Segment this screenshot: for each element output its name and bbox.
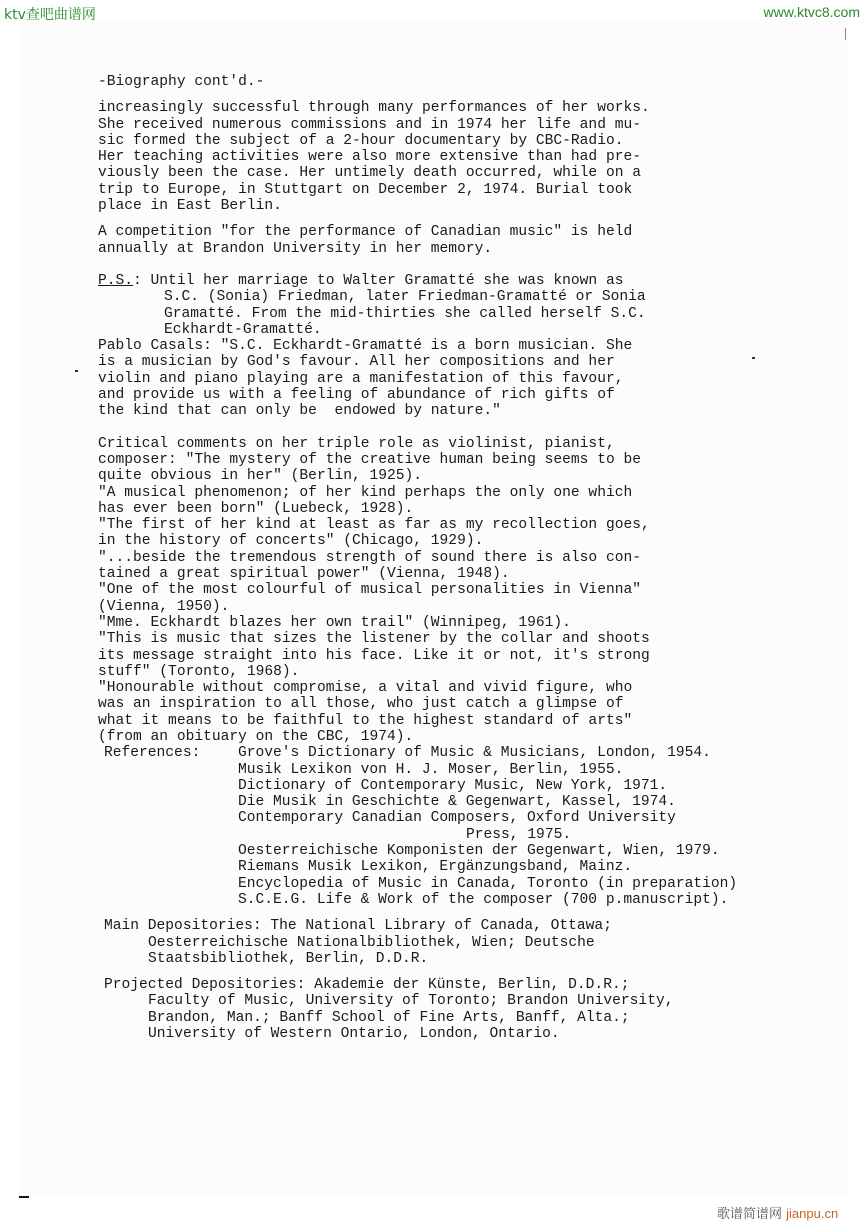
reference-item: Riemans Musik Lexikon, Ergänzungsband, M… (238, 859, 848, 875)
watermark-bottom-en: jianpu.cn (786, 1206, 838, 1221)
text-line: composer: "The mystery of the creative h… (98, 452, 848, 468)
text-line: has ever been born" (Luebeck, 1928). (98, 501, 848, 517)
text-line: A competition "for the performance of Ca… (98, 224, 848, 240)
ps-label: P.S. (98, 273, 133, 289)
reference-item: Contemporary Canadian Composers, Oxford … (238, 810, 848, 826)
text-line: viously been the case. Her untimely deat… (98, 165, 848, 181)
text-line: sic formed the subject of a 2-hour docum… (98, 133, 848, 149)
text-line: was an inspiration to all those, who jus… (98, 696, 848, 712)
scan-speck (752, 357, 755, 359)
text-line: "One of the most colourful of musical pe… (98, 582, 848, 598)
scan-speck (75, 370, 78, 372)
text-line: Projected Depositories: Akademie der Kün… (104, 977, 848, 993)
text-line: violin and piano playing are a manifesta… (98, 371, 848, 387)
text-line: University of Western Ontario, London, O… (104, 1026, 848, 1042)
critical-comments: Critical comments on her triple role as … (98, 436, 848, 746)
text-line: "...beside the tremendous strength of so… (98, 550, 848, 566)
text-line: Critical comments on her triple role as … (98, 436, 848, 452)
text-line: Gramatté. From the mid-thirties she call… (98, 306, 848, 322)
casals-quote: Pablo Casals: "S.C. Eckhardt-Gramatté is… (98, 338, 848, 419)
scan-mark (19, 1196, 29, 1198)
reference-item: Grove's Dictionary of Music & Musicians,… (238, 745, 848, 761)
text-line: place in East Berlin. (98, 198, 848, 214)
text-line: in the history of concerts" (Chicago, 19… (98, 533, 848, 549)
reference-item: Die Musik in Geschichte & Gegenwart, Kas… (238, 794, 848, 810)
text-line: Her teaching activities were also more e… (98, 149, 848, 165)
scan-mark (845, 28, 846, 40)
reference-item: Encyclopedia of Music in Canada, Toronto… (238, 876, 848, 892)
text-line: its message straight into his face. Like… (98, 648, 848, 664)
paragraph-career-death: increasingly successful through many per… (98, 100, 848, 214)
text-line: Main Depositories: The National Library … (104, 918, 848, 934)
reference-item: Oesterreichische Komponisten der Gegenwa… (238, 843, 848, 859)
text-line: She received numerous commissions and in… (98, 117, 848, 133)
watermark-site-url: www.ktvc8.com (764, 4, 860, 20)
text-line: Faculty of Music, University of Toronto;… (104, 993, 848, 1009)
watermark-bottom-cn: 歌谱简谱网 (717, 1207, 782, 1222)
text-line: (Vienna, 1950). (98, 599, 848, 615)
text-line: Oesterreichische Nationalbibliothek, Wie… (104, 935, 848, 951)
text-line: Brandon, Man.; Banff School of Fine Arts… (104, 1010, 848, 1026)
text-line: and provide us with a feeling of abundan… (98, 387, 848, 403)
main-depositories: Main Depositories: The National Library … (104, 918, 848, 967)
watermark-site-name: ktv查吧曲谱网 (4, 4, 96, 24)
text-line: the kind that can only be endowed by nat… (98, 403, 848, 419)
references-label: References: (104, 745, 200, 761)
text-line: Staatsbibliothek, Berlin, D.D.R. (104, 951, 848, 967)
text-line: tained a great spiritual power" (Vienna,… (98, 566, 848, 582)
text-line: "A musical phenomenon; of her kind perha… (98, 485, 848, 501)
text-line: "This is music that sizes the listener b… (98, 631, 848, 647)
paragraph-competition: A competition "for the performance of Ca… (98, 224, 848, 257)
text-line: Pablo Casals: "S.C. Eckhardt-Gramatté is… (98, 338, 848, 354)
text-line: S.C. (Sonia) Friedman, later Friedman-Gr… (98, 289, 848, 305)
reference-item: Dictionary of Contemporary Music, New Yo… (238, 778, 848, 794)
text-line: (from an obituary on the CBC, 1974). (98, 729, 848, 745)
references: References: Grove's Dictionary of Music … (104, 745, 848, 908)
text-line: Eckhardt-Gramatté. (98, 322, 848, 338)
document-heading: -Biography cont'd.- (98, 74, 848, 90)
text-line: what it means to be faithful to the high… (98, 713, 848, 729)
text-line: "Mme. Eckhardt blazes her own trail" (Wi… (98, 615, 848, 631)
text-line: "The first of her kind at least as far a… (98, 517, 848, 533)
reference-item: S.C.E.G. Life & Work of the composer (70… (238, 892, 848, 908)
reference-item: Musik Lexikon von H. J. Moser, Berlin, 1… (238, 762, 848, 778)
text-line: trip to Europe, in Stuttgart on December… (98, 182, 848, 198)
text-line: is a musician by God's favour. All her c… (98, 354, 848, 370)
text-line: stuff" (Toronto, 1968). (98, 664, 848, 680)
projected-depositories: Projected Depositories: Akademie der Kün… (104, 977, 848, 1042)
text-line: quite obvious in her" (Berlin, 1925). (98, 468, 848, 484)
text-line: increasingly successful through many per… (98, 100, 848, 116)
biography-document: -Biography cont'd.- increasingly success… (98, 74, 848, 1042)
ps-first-line: : Until her marriage to Walter Gramatté … (133, 273, 623, 289)
text-line: "Honourable without compromise, a vital … (98, 680, 848, 696)
text-line: annually at Brandon University in her me… (98, 241, 848, 257)
postscript: P.S.: Until her marriage to Walter Grama… (98, 273, 848, 338)
watermark-bottom: 歌谱简谱网 jianpu.cn (717, 1203, 838, 1222)
reference-item: Press, 1975. (238, 827, 848, 843)
